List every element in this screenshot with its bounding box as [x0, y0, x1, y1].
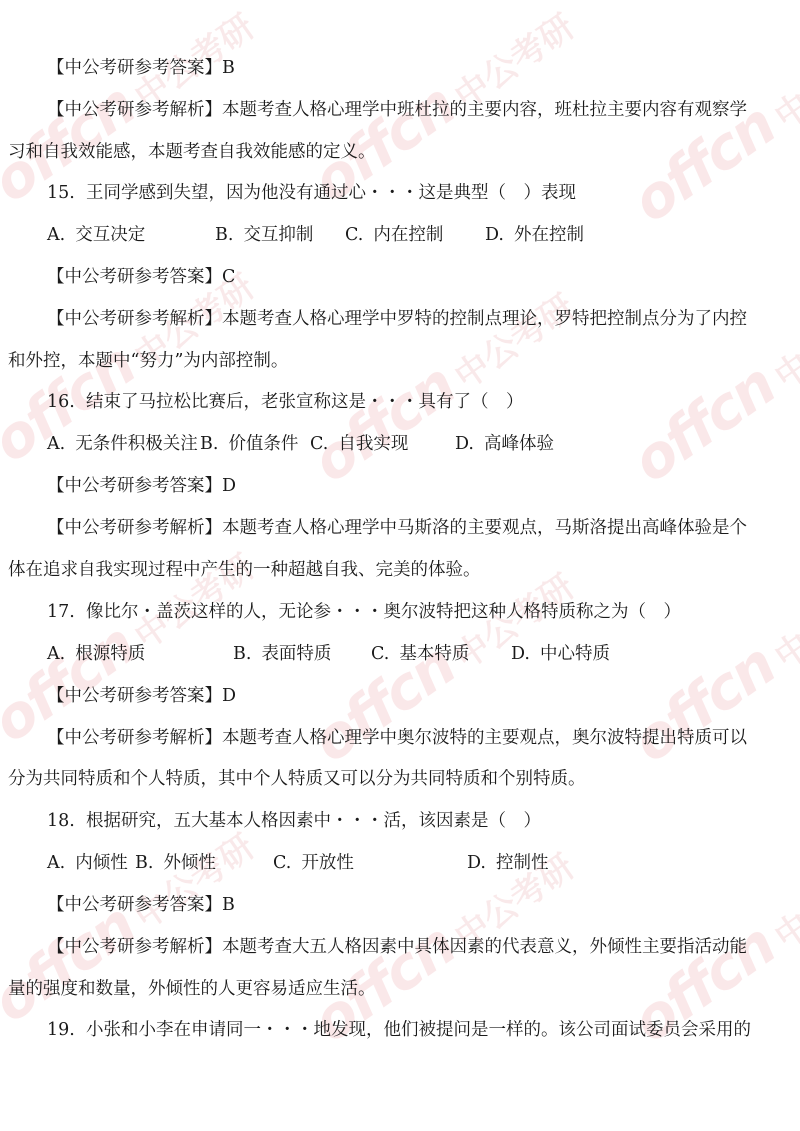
question-16-options: A.无条件积极关注 B.价值条件 C.自我实现 D.高峰体验 — [47, 432, 554, 456]
answer-line: 【中公考研参考答案】D — [47, 474, 236, 498]
option-d: D.外在控制 — [485, 223, 584, 247]
analysis-line: 【中公考研参考解析】本题考查人格心理学中罗特的控制点理论，罗特把控制点分为了内控 — [47, 307, 747, 331]
answer-line: 【中公考研参考答案】D — [47, 684, 236, 708]
analysis-line: 【中公考研参考解析】本题考查人格心理学中马斯洛的主要观点，马斯洛提出高峰体验是个 — [47, 516, 747, 540]
analysis-line: 体在追求自我实现过程中产生的一种超越自我、完美的体验。 — [8, 558, 481, 582]
question-17: 17. 像比尔・盖茨这样的人，无论参・・・奥尔波特把这种人格特质称之为（ ） — [47, 600, 681, 624]
analysis-line: 量的强度和数量，外倾性的人更容易适应生活。 — [8, 977, 376, 1001]
option-b: B.外倾性 — [135, 851, 273, 875]
question-16: 16. 结束了马拉松比赛后，老张宣称这是・・・具有了（ ） — [47, 390, 523, 414]
option-d: D.中心特质 — [511, 642, 610, 666]
option-a: A.内倾性 — [47, 851, 135, 875]
watermark: offcn中公考研 — [620, 268, 800, 496]
answer-line: 【中公考研参考答案】B — [47, 56, 235, 80]
option-d: D.高峰体验 — [455, 432, 554, 456]
answer-line: 【中公考研参考答案】B — [47, 893, 235, 917]
analysis-line: 【中公考研参考解析】本题考查人格心理学中奥尔波特的主要观点，奥尔波特提出特质可以 — [47, 726, 747, 750]
analysis-line: 【中公考研参考解析】本题考查大五人格因素中具体因素的代表意义，外倾性主要指活动能 — [47, 935, 747, 959]
option-c: C.开放性 — [273, 851, 467, 875]
option-a: A.根源特质 — [47, 642, 233, 666]
analysis-line: 习和自我效能感，本题考查自我效能感的定义。 — [8, 140, 376, 164]
option-c: C.自我实现 — [310, 432, 455, 456]
option-d: D.控制性 — [467, 851, 548, 875]
option-a: A.交互决定 — [47, 223, 215, 247]
question-18-options: A.内倾性 B.外倾性 C.开放性 D.控制性 — [47, 851, 548, 875]
option-c: C.内在控制 — [345, 223, 485, 247]
question-15: 15. 王同学感到失望，因为他没有通过心・・・这是典型（ ）表现 — [47, 181, 576, 205]
option-a: A.无条件积极关注 — [47, 432, 200, 456]
option-b: B.价值条件 — [200, 432, 310, 456]
watermark: offcn中公考研 — [300, 268, 585, 496]
analysis-line: 分为共同特质和个人特质，其中个人特质又可以分为共同特质和个别特质。 — [8, 767, 586, 791]
question-15-options: A.交互决定 B.交互抑制 C.内在控制 D.外在控制 — [47, 223, 584, 247]
question-18: 18. 根据研究，五大基本人格因素中・・・活，该因素是（ ） — [47, 809, 541, 833]
option-b: B.表面特质 — [233, 642, 371, 666]
analysis-line: 和外控，本题中“努力”为内部控制。 — [8, 349, 288, 373]
question-19: 19. 小张和小李在申请同一・・・地发现，他们被提问是一样的。该公司面试委员会采… — [47, 1018, 751, 1042]
answer-line: 【中公考研参考答案】C — [47, 265, 235, 289]
option-b: B.交互抑制 — [215, 223, 345, 247]
watermark: offcn中公考研 — [0, 808, 265, 1036]
option-c: C.基本特质 — [371, 642, 511, 666]
question-17-options: A.根源特质 B.表面特质 C.基本特质 D.中心特质 — [47, 642, 610, 666]
analysis-line: 【中公考研参考解析】本题考查人格心理学中班杜拉的主要内容，班杜拉主要内容有观察学 — [47, 98, 747, 122]
